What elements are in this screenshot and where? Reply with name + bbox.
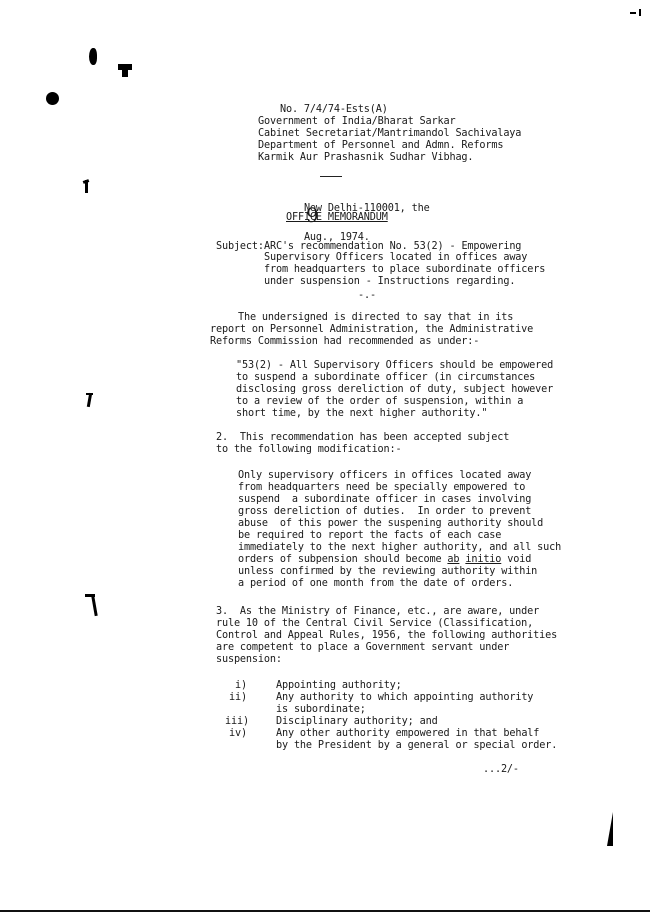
void-text: void <box>501 554 531 565</box>
para1-line: report on Personnel Administration, the … <box>210 324 533 336</box>
modification-line: orders of subpension should become ab in… <box>238 554 531 566</box>
scanned-document-page: No. 7/4/74-Ests(A) Government of India/B… <box>0 0 650 912</box>
org-line: Cabinet Secretariat/Mantrimandol Sachiva… <box>258 128 521 140</box>
modification-line: immediately to the next higher authority… <box>238 542 561 554</box>
ink-blot-mark <box>89 48 97 65</box>
list-item: Any other authority empowered in that be… <box>276 728 539 740</box>
staple-mark <box>85 180 88 193</box>
list-item: by the President by a general or special… <box>276 740 557 752</box>
file-number: No. 7/4/74-Ests(A) <box>280 104 388 116</box>
para3-line: Control and Appeal Rules, 1956, the foll… <box>216 630 557 642</box>
list-item: Disciplinary authority; and <box>276 716 438 728</box>
subject-line: Supervisory Officers located in offices … <box>264 252 527 264</box>
quote-line: to suspend a subordinate officer (in cir… <box>236 372 535 384</box>
org-line: Department of Personnel and Admn. Reform… <box>258 140 503 152</box>
divider <box>320 176 342 177</box>
margin-mark <box>607 812 613 846</box>
ab-text: ab <box>447 554 459 565</box>
modification-line: a period of one month from the date of o… <box>238 578 513 590</box>
corner-mark <box>639 9 641 16</box>
para1-line: The undersigned is directed to say that … <box>238 312 513 324</box>
modification-line: gross dereliction of duties. In order to… <box>238 506 531 518</box>
para2-line: 2. This recommendation has been accepted… <box>216 432 509 444</box>
quote-line: "53(2) - All Supervisory Officers should… <box>236 360 553 372</box>
punch-hole-mark <box>46 92 59 105</box>
list-number: iv) <box>229 728 247 740</box>
separator: -.- <box>358 290 376 302</box>
list-item: Any authority to which appointing author… <box>276 692 533 704</box>
para3-line: suspension: <box>216 654 282 666</box>
modification-line: suspend a subordinate officer in cases i… <box>238 494 531 506</box>
list-item: is subordinate; <box>276 704 366 716</box>
org-line: Karmik Aur Prashasnik Sudhar Vibhag. <box>258 152 473 164</box>
modification-text: orders of subpension should become <box>238 554 447 565</box>
quote-line: to a review of the order of suspension, … <box>236 396 523 408</box>
staple-mark <box>122 66 128 77</box>
list-number: iii) <box>225 716 249 728</box>
initio-text: initio <box>465 554 501 565</box>
list-number: i) <box>235 680 247 692</box>
quote-line: disclosing gross dereliction of duty, su… <box>236 384 553 396</box>
subject-label: Subject: <box>216 241 264 253</box>
quote-line: short time, by the next higher authority… <box>236 408 487 420</box>
modification-line: from headquarters need be specially empo… <box>238 482 525 494</box>
para2-line: to the following modification:- <box>216 444 402 456</box>
para3-line: 3. As the Ministry of Finance, etc., are… <box>216 606 539 618</box>
para3-line: are competent to place a Government serv… <box>216 642 509 654</box>
modification-line: abuse of this power the suspening author… <box>238 518 543 530</box>
staple-mark <box>85 594 95 597</box>
document-type: OFFICE MEMORANDUM <box>286 212 388 224</box>
para3-line: rule 10 of the Central Civil Service (Cl… <box>216 618 533 630</box>
staple-mark <box>91 596 97 616</box>
list-item: Appointing authority; <box>276 680 402 692</box>
subject-line: from headquarters to place subordinate o… <box>264 264 545 276</box>
list-number: ii) <box>229 692 247 704</box>
staple-mark <box>86 393 93 395</box>
modification-line: be required to report the facts of each … <box>238 530 501 542</box>
para1-line: Reforms Commission had recommended as un… <box>210 336 479 348</box>
modification-line: unless confirmed by the reviewing author… <box>238 566 537 578</box>
subject-line: under suspension - Instructions regardin… <box>264 276 515 288</box>
org-line: Government of India/Bharat Sarkar <box>258 116 455 128</box>
modification-line: Only supervisory officers in offices loc… <box>238 470 531 482</box>
continuation-mark: ...2/- <box>483 764 519 776</box>
corner-mark <box>630 12 636 14</box>
